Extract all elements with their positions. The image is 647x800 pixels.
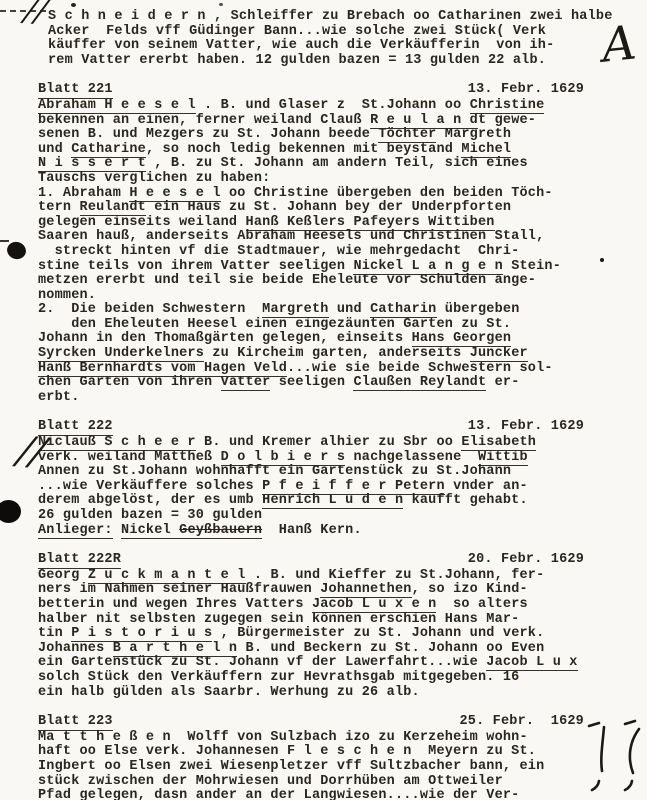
entry-blatt-223: Blatt 22325. Febr. 1629Ma t t h e ß e n … [38,715,584,800]
text-run: metzen ererbt und teil sie beide Eheleut… [38,273,536,288]
text-run: Tauschs verglichen zu haben: [38,171,270,186]
ink-blob-upper [5,239,28,261]
text-run: Niclauß S c h e e r [38,435,196,451]
text-line: ...wie Verkäuffere solches P f e i f f e… [38,480,584,495]
blatt-number: Blatt 222R [38,553,121,569]
entry-date: 13. Febr. 1629 [468,420,584,436]
intro-paragraph: S c h n e i d e r n , Schleiffer zu Breb… [48,10,584,68]
text-run: zu Kircheim garten, anderseits [204,346,470,361]
handwritten-slashes-top: // [24,3,48,19]
text-run: chen Garten von ihren [38,375,221,390]
text-run: tin [38,626,71,641]
text-line: und Catharine, so noch ledig bekennen mi… [38,143,584,158]
text-run: Juncker [470,346,528,362]
text-run: ein Haus zu St. Johann bey der Underpfor… [146,200,511,215]
text-line: betterin und wegen Ihres Vatters Jacob L… [38,598,584,613]
text-line: stine teils von ihrem Vatter seeligen Ni… [38,260,584,275]
text-run: oo Christine übergeben den beiden Töch- [221,186,553,201]
text-run: N i s s e r t [38,156,146,172]
text-line: Syrcken Underkelners zu Kircheim garten,… [38,347,584,362]
text-run: Acker Felds vff Güdinger Bann...wie solc… [48,24,546,39]
text-line: nommen. [38,289,584,304]
entry-paragraph: 1. Abraham H e e s e l oo Christine über… [38,187,584,304]
text-run: Catharin [370,302,436,318]
text-run: Annen zu St.Johann wohnhafft ein Gartens… [38,464,511,479]
text-run: seeligen [270,375,353,390]
entry-paragraph: 2. Die beiden Schwestern Margreth und Ca… [38,303,584,405]
entry-paragraph: Niclauß S c h e e r B. und Kremer alhier… [38,436,584,538]
text-run: halber nit selbsten zugegen sein können … [38,612,519,627]
text-run: käuffer von seinem Vatter, wie auch die … [48,38,554,53]
text-line: Abraham H e e s e l . B. und Glaser z St… [38,99,584,114]
text-line: Hanß Bernhardts vom Hagen Veld...wie sie… [38,362,584,377]
text-run: erbt. [38,390,80,405]
text-run: Z u c k m a n t e l [88,568,246,584]
text-line: streckt hinten vf die Stadtmauer, wie me… [38,245,584,260]
text-run: ein halb gülden als Saarbr. Werhung zu 2… [38,685,420,700]
text-run: Catharine [71,142,146,158]
text-run: Syrcken Underkelners [38,346,204,362]
text-run: kaufft gehabt. [403,493,528,508]
text-run: er- [486,375,519,390]
text-line: solch Stück den Verkäuffern zur Hevraths… [38,671,584,686]
text-run: B. und Kremer alhier zu Sbr oo [196,435,462,450]
handwritten-strokes-bottom-right [583,718,647,800]
text-run: stine teils von ihrem Vatter seeligen [38,259,353,274]
text-run: B a r t h e l n [113,641,238,657]
text-run: , B. zu St. Johann am andern Teil, sich … [146,156,528,171]
text-line: ners im Nahmen seiner Haußfrauwen Johann… [38,583,584,598]
handwritten-slashes-middle: // [17,443,46,460]
text-run: Johannethen [320,582,411,598]
text-run [113,523,121,538]
text-run: Geyßbauern [179,523,262,539]
pen-strokes-icon [583,718,647,794]
text-line: den Eheleuten Heesel einen eingezäunten … [38,318,584,333]
text-line: Ingbert oo Elsen zwei Wiesenpletzer vff … [38,760,584,775]
text-line: Pfad gelegen, dasn ander an der Langwies… [38,789,584,800]
entry-paragraph: Georg Z u c k m a n t e l . B. und Kieff… [38,569,584,700]
text-run: D o l b i e r s [221,450,346,466]
text-run: Elisabeth [461,435,536,451]
text-line: 26 gulden bazen = 30 gulden [38,509,584,524]
text-run: . B. und Kieffer zu St.Johann, fer- [246,568,545,583]
text-run: streckt hinten vf die Stadtmauer, wie me… [38,244,519,259]
margin-dash-mark [0,240,9,242]
text-run: Claußen Reylandt [353,375,486,391]
entry-header: Blatt 222R20. Febr. 1629 [38,553,584,569]
text-run: Jacob L u x [486,655,577,671]
text-line: N i s s e r t , B. zu St. Johann am ande… [38,157,584,172]
text-run: Hanß Bernhardts vom Hagen Veld [38,361,287,377]
text-run: R e u l a n d [370,113,478,129]
text-run: ners im Nahmen seiner Haußfrauwen [38,582,320,597]
text-run: nommen. [38,288,96,303]
text-run: Hanß Keßlers Pafeyers Wittiben [246,215,495,231]
text-run: Christine [470,98,545,114]
text-run: rem Vatter ererbt haben. 12 gulden bazen… [48,53,546,68]
blatt-number: Blatt 221 [38,83,113,99]
text-run: , so izo Kind- [412,582,528,597]
text-run: 26 gulden bazen = 30 gulden [38,508,262,523]
text-run: Ma t t h e ß e n Wolff von Sulzbach izo … [38,730,528,745]
text-line: käuffer von seinem Vatter, wie auch die … [48,39,584,54]
text-run: Nickel [121,523,179,539]
text-run: Margreth [436,127,511,142]
text-run: Jacob L u x e n [312,597,437,613]
blatt-number: Blatt 223 [38,715,113,731]
text-run: Johann in den Thomaßgärten gelegen, eins… [38,331,412,346]
text-line: Ma t t h e ß e n Wolff von Sulzbach izo … [38,731,584,746]
ink-blob-lower [0,500,21,523]
text-run: P i s t o r i u s [71,626,212,642]
text-run: Stein- [503,259,561,274]
text-run: ...wie sie beide Schwestern sol- [287,361,553,376]
text-run: senen B. und Mezgers zu St. Johann beede [38,127,378,142]
entry-header: Blatt 22113. Febr. 1629 [38,83,584,99]
text-run: übergeben [437,302,520,317]
text-line: Saaren hauß, anderseits Abraham Heesels … [38,230,584,245]
text-line: Johann in den Thomaßgärten gelegen, eins… [38,332,584,347]
text-run: Nickel L a n g e n [353,259,502,275]
text-run: Johannes [38,641,113,656]
text-run: Abraham H e e s e l [38,98,196,114]
text-run: Hans Georgen [412,331,512,347]
text-run: Henrich L u d e n [262,493,403,509]
handwritten-letter-a: A [601,36,636,54]
text-line: S c h n e i d e r n , Schleiffer zu Breb… [48,10,584,25]
text-run: so alters [436,597,527,612]
text-run: ...wie Verkäuffere solches [38,479,262,494]
text-run: ein Gartenstück zu St. Johann vf der Law… [38,655,486,670]
text-line: haft oo Else verk. Johannesen F l e s c … [38,745,584,760]
text-run: Pfad gelegen, dasn ander an der Langwies… [38,788,519,800]
text-line: erbt. [38,391,584,406]
text-line: tern Reulandt ein Haus zu St. Johann bey… [38,201,584,216]
text-line: 2. Die beiden Schwestern Margreth und Ca… [38,303,584,318]
entry-date: 20. Febr. 1629 [468,553,584,569]
text-line: derem abgelöst, der es umb Henrich L u d… [38,494,584,509]
text-run: Wittib [478,450,528,466]
entry-paragraph: Abraham H e e s e l . B. und Glaser z St… [38,99,584,187]
text-run: B. und Beckern zu St. Johann oo Even [237,641,544,656]
text-run: bekennen an einen, ferner weiland Clauß [38,113,370,128]
text-line: stück zwischen der Mohrwiesen und Dorrhü… [38,775,584,790]
text-run: derem abgelöst, der es umb [38,493,262,508]
text-line: rem Vatter ererbt haben. 12 gulden bazen… [48,54,584,69]
text-run: Georg [38,568,88,583]
text-run: den Eheleuten Heesel einen eingezäunten … [38,317,511,332]
text-run: gelegen einseits weiland [38,215,246,230]
text-run: Vatter [221,375,271,391]
text-run: . B. und Glaser z St.Johann oo [196,98,470,113]
text-run: S c h n e i d e r n , Schleiffer zu Breb… [48,9,613,24]
text-run: solch Stück den Verkäuffern zur Hevraths… [38,670,519,685]
text-run: vnder an- [445,479,528,494]
text-line: metzen ererbt und teil sie beide Eheleut… [38,274,584,289]
ink-dot-right-margin [600,258,604,262]
text-line: ein halb gülden als Saarbr. Werhung zu 2… [38,686,584,701]
text-run: Michel [461,142,511,158]
text-line: chen Garten von ihren Vatter seeligen Cl… [38,376,584,391]
text-run: verk. weiland Mattheß [38,450,221,465]
entry-date: 25. Febr. 1629 [459,715,584,731]
text-line: ein Gartenstück zu St. Johann vf der Law… [38,656,584,671]
text-line: Johannes B a r t h e l n B. und Beckern … [38,642,584,657]
text-run: Margreth [262,302,328,318]
text-run: haft oo Else verk. Johannesen F l e s c … [38,744,536,759]
entry-blatt-222r: Blatt 222R20. Febr. 1629Georg Z u c k m … [38,553,584,700]
document-body: S c h n e i d e r n , Schleiffer zu Breb… [38,10,584,800]
entry-header: Blatt 22325. Febr. 1629 [38,715,584,731]
entry-blatt-221: Blatt 22113. Febr. 1629Abraham H e e s e… [38,83,584,405]
text-line: bekennen an einen, ferner weiland Clauß … [38,114,584,129]
text-line: gelegen einseits weiland Hanß Keßlers Pa… [38,216,584,231]
text-line: verk. weiland Mattheß D o l b i e r s na… [38,451,584,466]
text-run: und [329,302,371,317]
text-line: Annen zu St.Johann wohnhafft ein Gartens… [38,465,584,480]
text-run: H e e s e l [129,186,220,202]
text-run: Töchter [378,127,436,143]
text-line: Acker Felds vff Güdinger Bann...wie solc… [48,25,584,40]
text-run: Hanß Kern. [262,523,362,538]
entries: Blatt 22113. Febr. 1629Abraham H e e s e… [38,83,584,800]
scanned-document-page: S c h n e i d e r n , Schleiffer zu Breb… [0,0,647,800]
text-line: 1. Abraham H e e s e l oo Christine über… [38,187,584,202]
ink-speck [71,3,76,7]
text-line: senen B. und Mezgers zu St. Johann beede… [38,128,584,143]
text-line: Georg Z u c k m a n t e l . B. und Kieff… [38,569,584,584]
text-line: Tauschs verglichen zu haben: [38,172,584,187]
text-line: Niclauß S c h e e r B. und Kremer alhier… [38,436,584,451]
text-run: 1. Abraham [38,186,129,201]
ink-speck [219,3,223,6]
text-run: t gewe- [478,113,536,128]
text-line: halber nit selbsten zugegen sein können … [38,613,584,628]
text-run: Ingbert oo Elsen zwei Wiesenpletzer vff … [38,759,544,774]
text-run: Reulandt [80,200,146,216]
entry-header: Blatt 22213. Febr. 1629 [38,420,584,436]
text-run: tern [38,200,80,215]
text-run: betterin und wegen Ihres Vatters [38,597,312,612]
entry-blatt-222: Blatt 22213. Febr. 1629Niclauß S c h e e… [38,420,584,538]
text-run: stück zwischen der Mohrwiesen und Dorrhü… [38,774,503,789]
entry-paragraph: Ma t t h e ß e n Wolff von Sulzbach izo … [38,731,584,800]
text-run: und [38,142,71,157]
entry-date: 13. Febr. 1629 [468,83,584,99]
text-run: , so noch ledig bekennen mit beystand [146,142,461,157]
text-run: 2. Die beiden Schwestern [38,302,262,317]
text-run: Saaren hauß, anderseits Abraham Heesels … [38,229,544,244]
text-run: Anlieger: [38,523,113,539]
text-line: Anlieger: Nickel Geyßbauern Hanß Kern. [38,524,584,539]
text-line: tin P i s t o r i u s , Bürgermeister zu… [38,627,584,642]
text-run: nachgelassene [345,450,478,465]
text-run: P f e i f f e r Petern [262,479,445,495]
text-run: , Bürgermeister zu St. Johann und verk. [212,626,544,641]
